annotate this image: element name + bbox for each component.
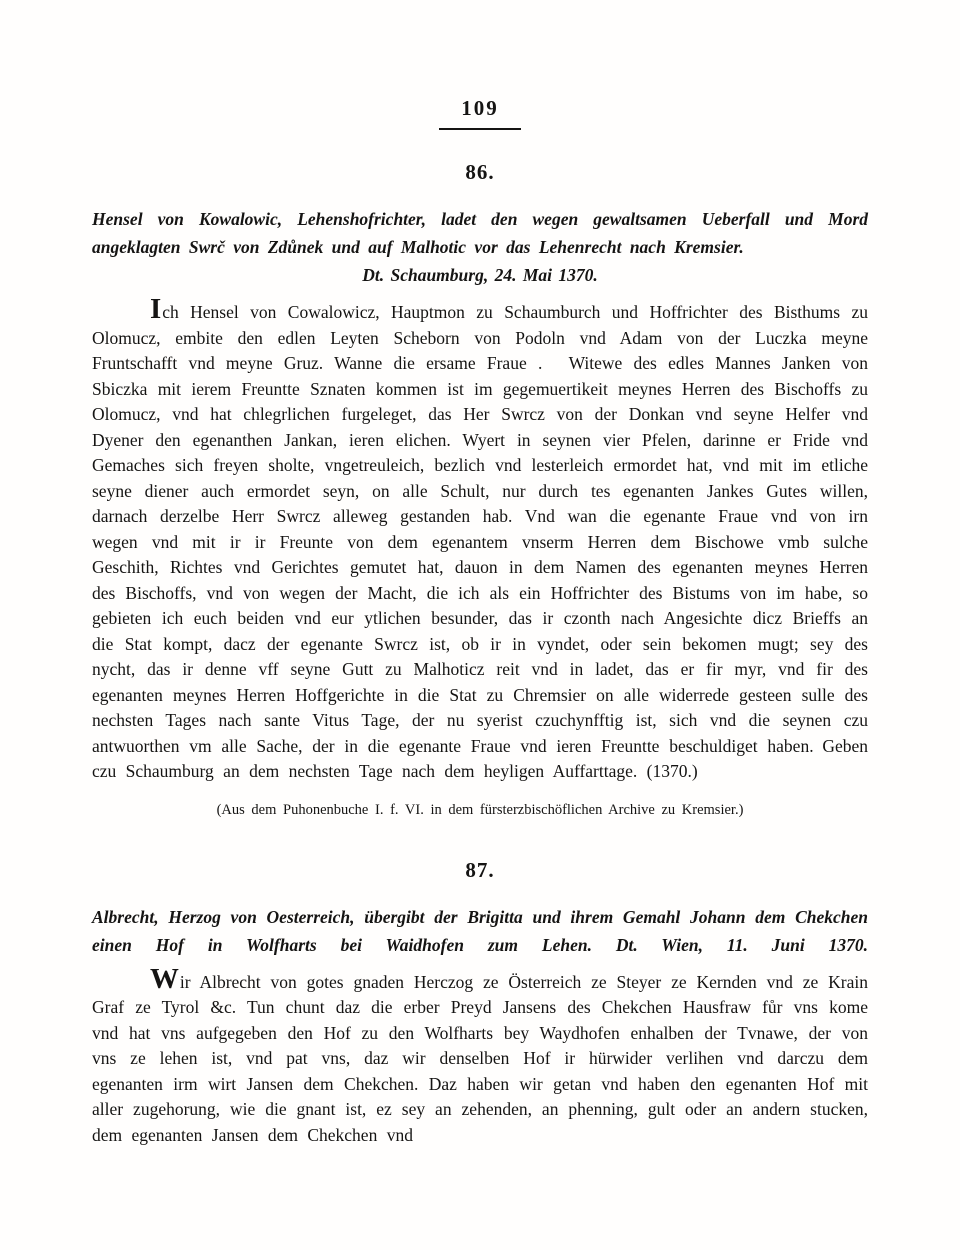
page-number: 109 bbox=[439, 96, 521, 130]
charter-body-text: Ich Hensel von Cowalowicz, Hauptmon zu S… bbox=[92, 297, 868, 785]
charter-section-87: 87. Albrecht, Herzog von Oesterreich, üb… bbox=[92, 858, 868, 1149]
page-header: 109 bbox=[92, 96, 868, 130]
charter-section-86: 86. Hensel von Kowalowic, Lehenshofricht… bbox=[92, 160, 868, 820]
section-number: 87. bbox=[92, 858, 868, 883]
section-number: 86. bbox=[92, 160, 868, 185]
source-citation: (Aus dem Puhonenbuche I. f. VI. in dem f… bbox=[92, 800, 868, 820]
section-dateline: Dt. Schaumburg, 24. Mai 1370. bbox=[92, 261, 868, 289]
scanned-document-page: 109 86. Hensel von Kowalowic, Lehenshofr… bbox=[0, 0, 960, 1250]
charter-body-text: Wir Albrecht von gotes gnaden Herczog ze… bbox=[92, 967, 868, 1149]
section-summary: Hensel von Kowalowic, Lehenshofrichter, … bbox=[92, 205, 868, 261]
section-summary: Albrecht, Herzog von Oesterreich, übergi… bbox=[92, 903, 868, 959]
